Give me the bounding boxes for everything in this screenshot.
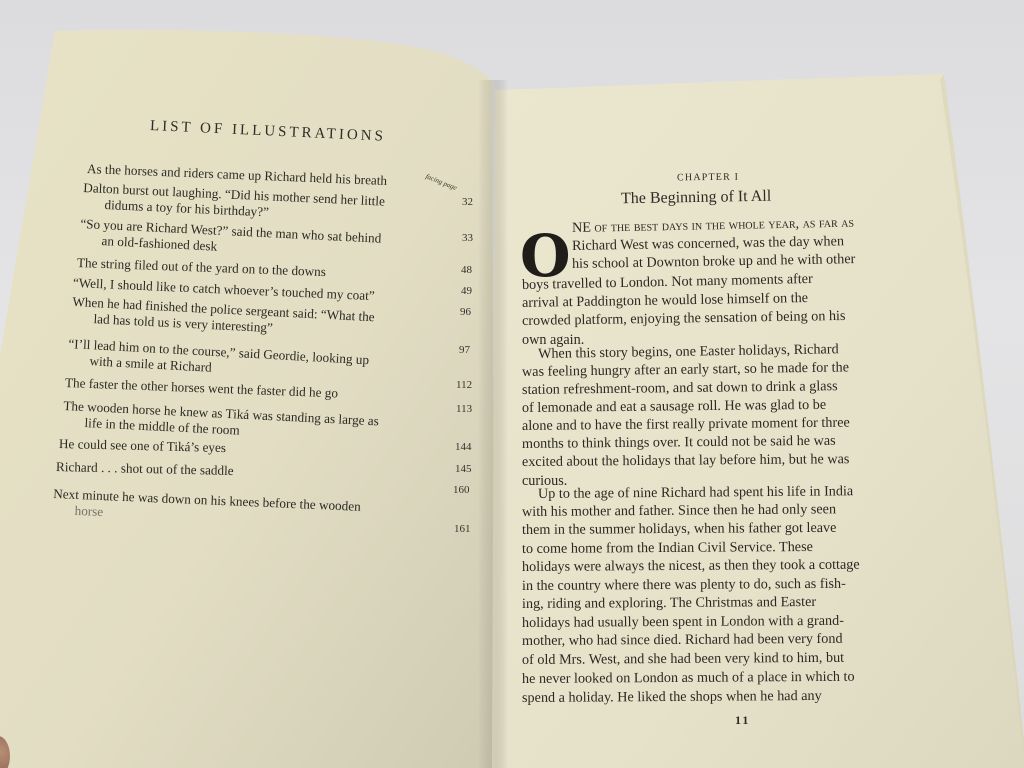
illustration-caption: Richard . . . shot out of the saddle xyxy=(56,459,234,479)
illustration-page-number: 113 xyxy=(456,403,472,415)
body-text-line: to come home from the Indian Civil Servi… xyxy=(522,538,813,558)
illustration-page-number: 161 xyxy=(454,523,471,535)
body-text-line: with his mother and father. Since then h… xyxy=(522,500,836,521)
illustration-page-number: 160 xyxy=(453,484,470,496)
illustration-entry: Next minute he was down on his knees bef… xyxy=(52,486,361,531)
illustration-page-number: 97 xyxy=(459,344,470,356)
list-of-illustrations-heading: LIST OF ILLUSTRATIONS xyxy=(150,118,387,146)
body-text-line: he never looked on London as much of a p… xyxy=(522,668,855,688)
chapter-title: The Beginning of It All xyxy=(621,188,771,209)
page-number: 11 xyxy=(735,713,750,728)
illustration-page-number: 33 xyxy=(462,232,473,244)
body-text-line: of old Mrs. West, and she had been very … xyxy=(522,649,844,669)
body-text-line: in the country where there was plenty to… xyxy=(522,575,846,595)
body-text-line: holidays were always the nicest, as then… xyxy=(522,556,860,576)
body-text-line: mother, who had since died. Richard had … xyxy=(522,630,843,650)
body-text-line: holidays had usually been spent in Londo… xyxy=(522,612,844,632)
body-text-line: them in the summer holidays, when his fa… xyxy=(522,519,837,539)
illustration-page-number: 145 xyxy=(455,463,472,475)
drop-cap-letter: O xyxy=(520,231,571,281)
illustration-caption: He could see one of Tiká’s eyes xyxy=(59,436,226,456)
illustration-page-number: 32 xyxy=(462,196,473,208)
illustration-page-number: 49 xyxy=(461,285,472,297)
illustration-entry: He could see one of Tiká’s eyes xyxy=(59,436,226,456)
chapter-label: CHAPTER I xyxy=(677,172,739,184)
thumb-holding-page xyxy=(0,736,10,768)
body-text-line: excited about the holidays that lay befo… xyxy=(522,450,850,471)
body-text-line: ing, riding and exploring. The Christmas… xyxy=(522,593,816,613)
body-text-line: spend a holiday. He liked the shops when… xyxy=(522,687,822,707)
illustration-entry: Richard . . . shot out of the saddle xyxy=(56,459,234,479)
facing-page-label: facing page xyxy=(425,172,458,192)
illustration-page-number: 96 xyxy=(460,306,471,318)
illustration-page-number: 112 xyxy=(456,379,472,391)
illustration-page-number: 144 xyxy=(455,441,472,453)
open-book-photo: LIST OF ILLUSTRATIONS facing page As the… xyxy=(0,0,1024,768)
illustration-page-number: 48 xyxy=(461,264,472,276)
left-page-list-of-illustrations: LIST OF ILLUSTRATIONS facing page As the… xyxy=(0,0,500,768)
